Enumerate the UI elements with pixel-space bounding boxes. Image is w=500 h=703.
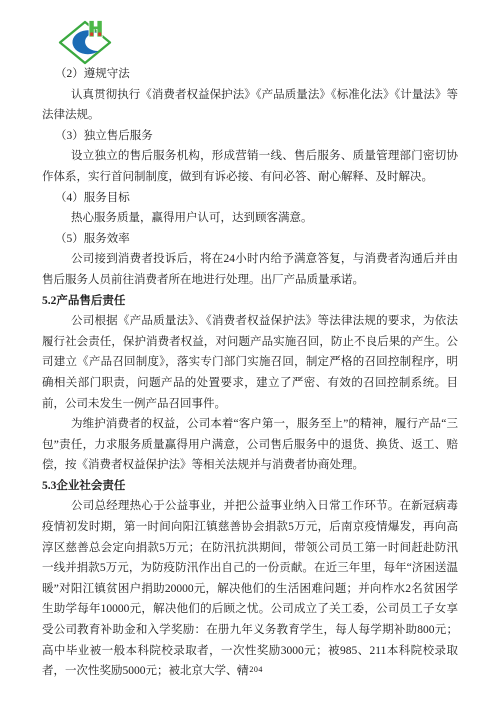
paragraph-complaint-handling: 公司接到消费者投诉后，将在24小时内给予满意答复，与消费者沟通后并由售后服务人员… [42, 249, 458, 290]
paragraph-laws: 认真贯彻执行《消费者权益保护法》《产品质量法》《标准化法》《计量法》等法律法规。 [42, 85, 458, 126]
list-heading-service-goal: （4）服务目标 [42, 188, 458, 209]
document-body: （2）遵规守法 认真贯彻执行《消费者权益保护法》《产品质量法》《标准化法》《计量… [42, 64, 458, 682]
paragraph-social-charity: 公司总经理热心于公益事业，并把公益事业纳入日常工作环节。在新冠病毒疫情初发时期，… [42, 496, 458, 681]
list-heading-after-sales: （3）独立售后服务 [42, 126, 458, 147]
list-heading-efficiency: （5）服务效率 [42, 229, 458, 250]
page-number: 6 / 204 [0, 665, 500, 674]
document-page: （2）遵规守法 认真贯彻执行《消费者权益保护法》《产品质量法》《标准化法》《计量… [0, 0, 500, 703]
list-heading-compliance: （2）遵规守法 [42, 64, 458, 85]
company-logo-icon [56, 16, 114, 68]
paragraph-service-goal: 热心服务质量，赢得用户认可，达到顾客满意。 [42, 208, 458, 229]
section-heading-5-3: 5.3企业社会责任 [42, 476, 458, 497]
section-heading-5-2: 5.2产品售后责任 [42, 291, 458, 312]
logo-bars [89, 21, 102, 38]
paragraph-product-recall: 公司根据《产品质量法》、《消费者权益保护法》等法律法规的要求，为依法履行社会责任… [42, 311, 458, 414]
paragraph-three-guarantees: 为维护消费者的权益，公司本着“客户第一，服务至上”的精神，履行产品“三包”责任，… [42, 414, 458, 476]
paragraph-after-sales-system: 设立独立的售后服务机构，形成营销一线、售后服务、质量管理部门密切协作体系，实行首… [42, 146, 458, 187]
